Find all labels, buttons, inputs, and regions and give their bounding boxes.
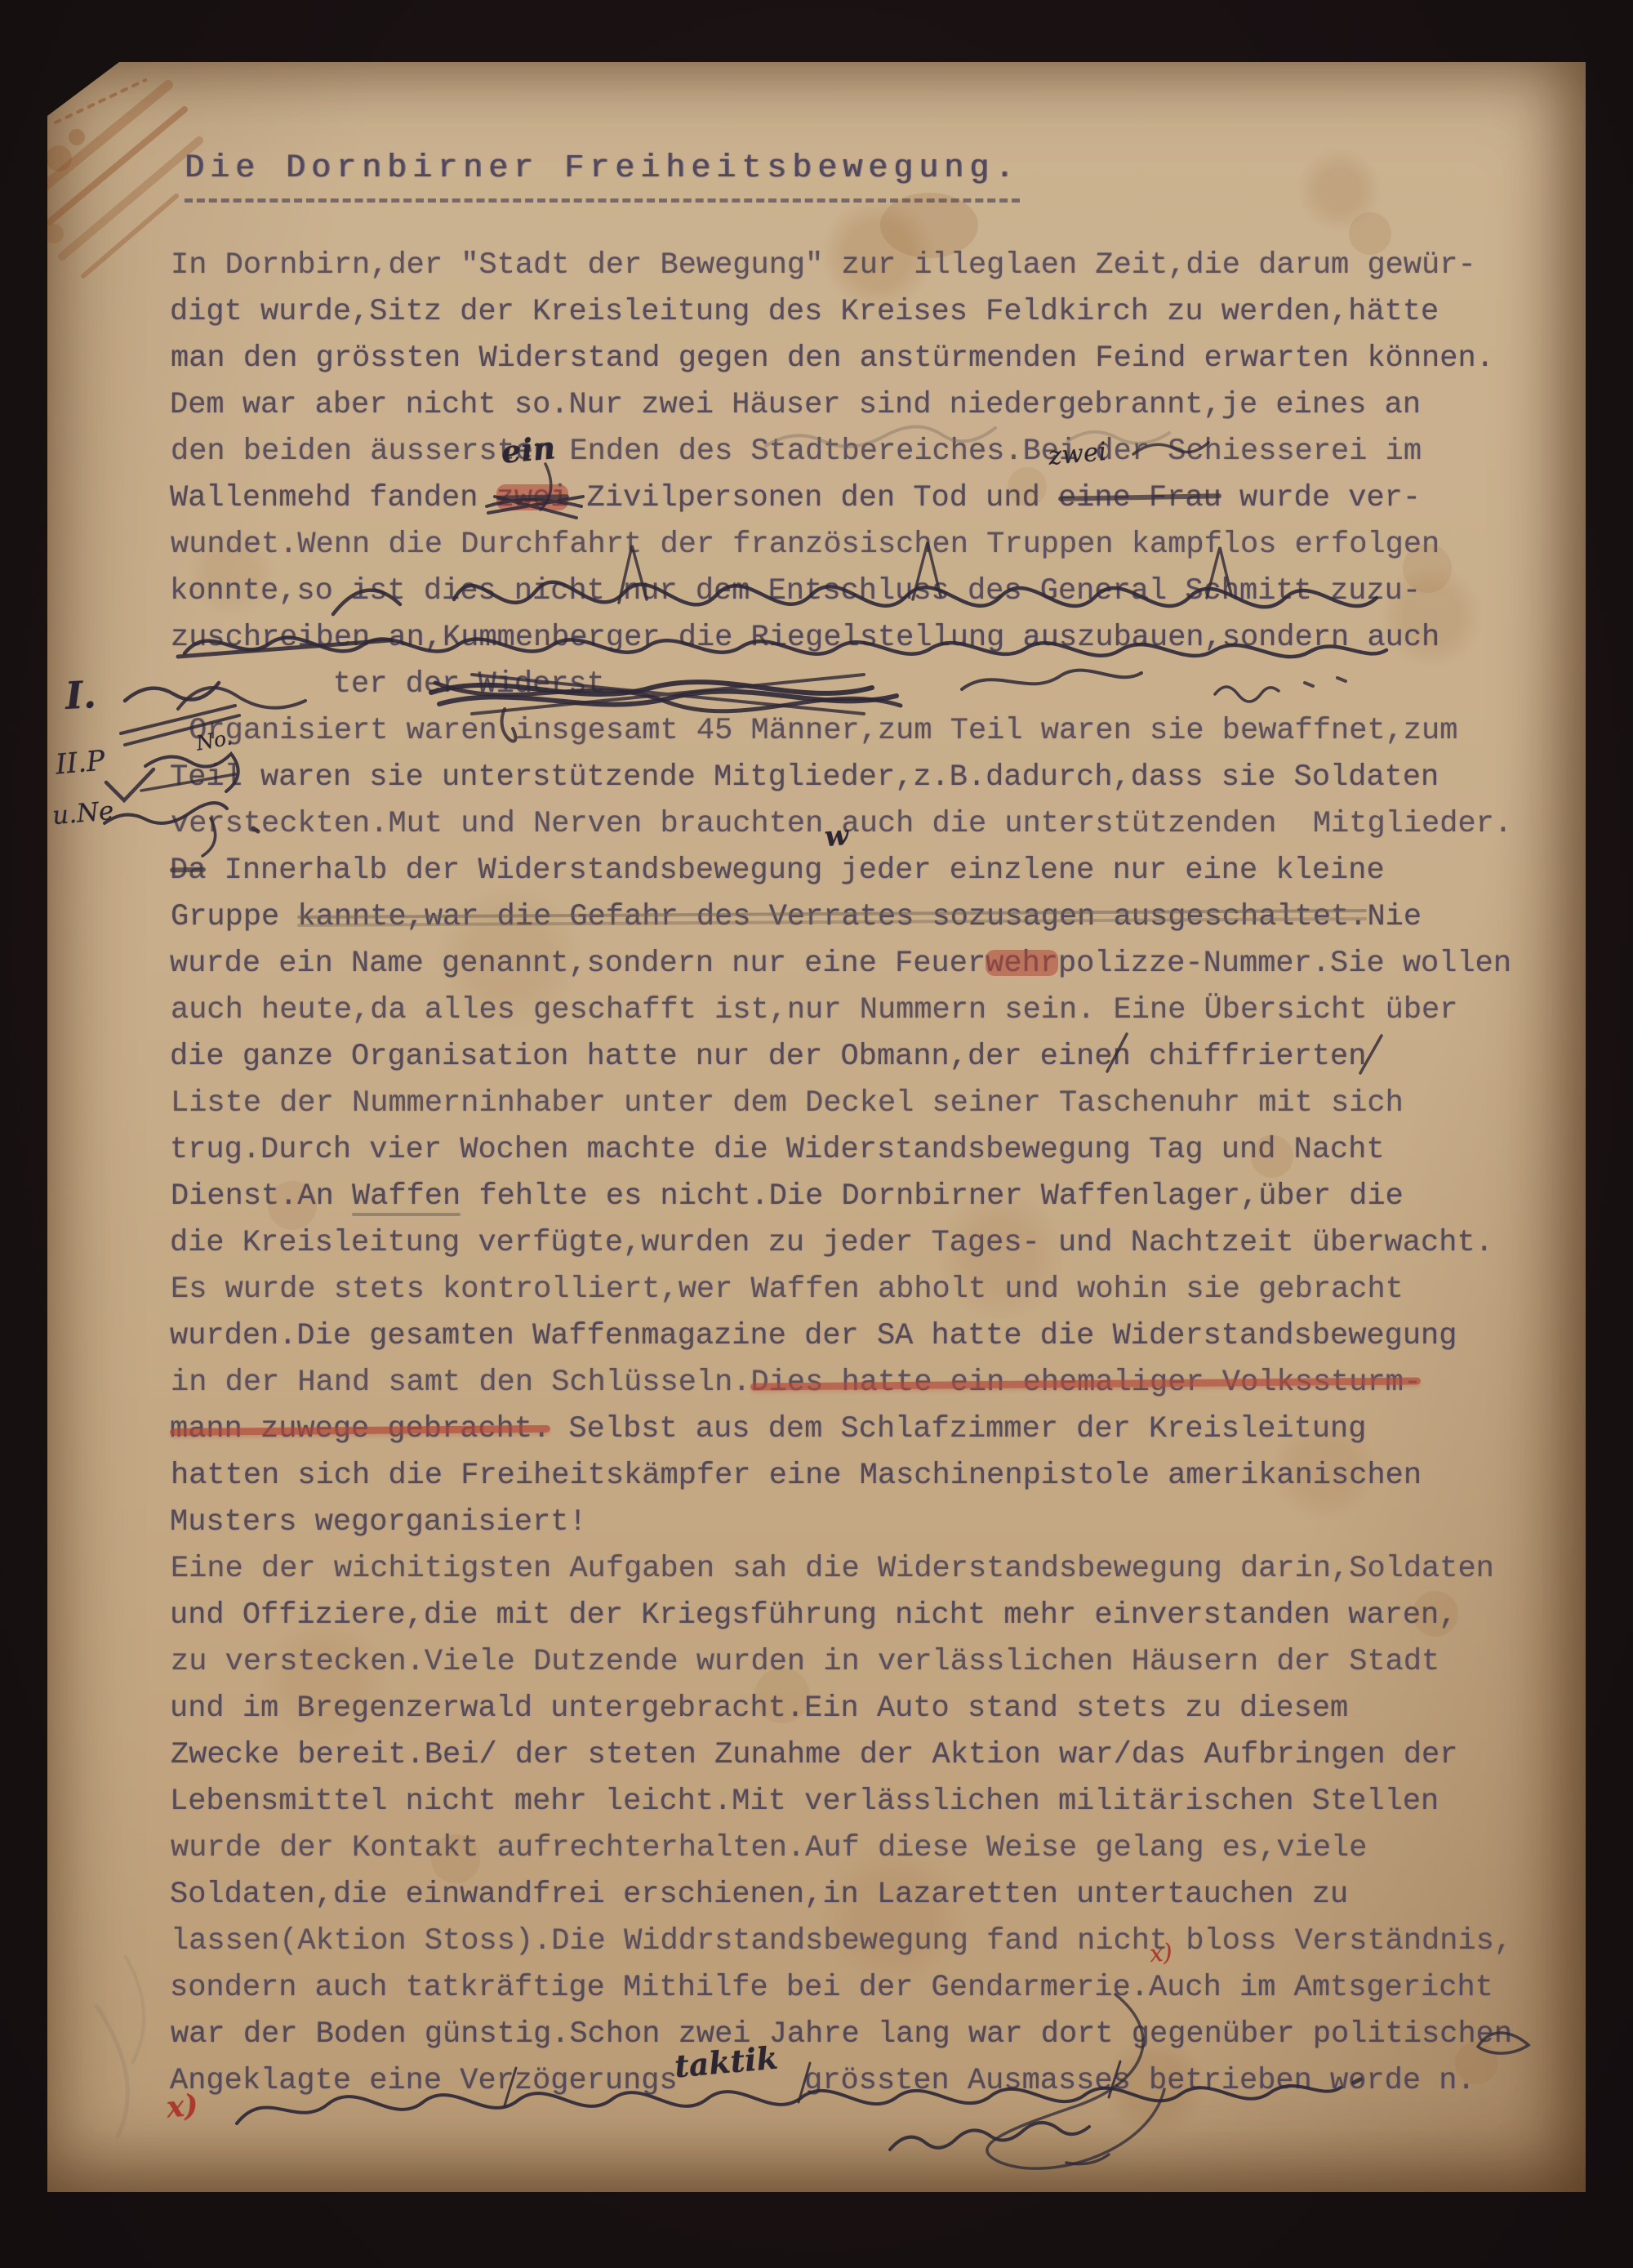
word-edit-squiggle: [1478, 2033, 1528, 2053]
insert-note-w: w: [823, 819, 850, 853]
sweeping-pen-curve: [987, 1994, 1164, 2168]
margin-note-1: I.: [65, 672, 97, 718]
inline-note-zwei: zwei: [1048, 437, 1108, 471]
handwriting-ink-overlay: [47, 62, 1586, 2192]
pen-slash-marks: [1107, 1034, 1382, 1073]
footnote-marker-x-icon: x): [165, 2088, 199, 2124]
pencil-faint-curves: [96, 1957, 144, 2137]
scan-background: { "meta": { "kind": "scanned typewritten…: [0, 0, 1633, 2268]
pencil-ghost-note: [766, 426, 1169, 446]
footnote-ref-x-icon: x): [1149, 1938, 1174, 1967]
handwritten-scribble-cluster: [178, 542, 1386, 742]
corner-rust-stain: [47, 80, 199, 276]
footnote-scribble: [237, 2061, 1360, 2123]
signature-scribble: [890, 2123, 1109, 2164]
paper-sheet: Die Dornbirner Freiheitsbewegung. In Dor…: [47, 62, 1586, 2192]
margin-note-3: u.Ne: [51, 796, 115, 831]
foxing-spots: [268, 193, 1497, 2084]
inline-note-ein: ein: [500, 429, 557, 470]
margin-flourishes: [105, 683, 258, 856]
margin-note-2: II.P: [54, 744, 106, 781]
